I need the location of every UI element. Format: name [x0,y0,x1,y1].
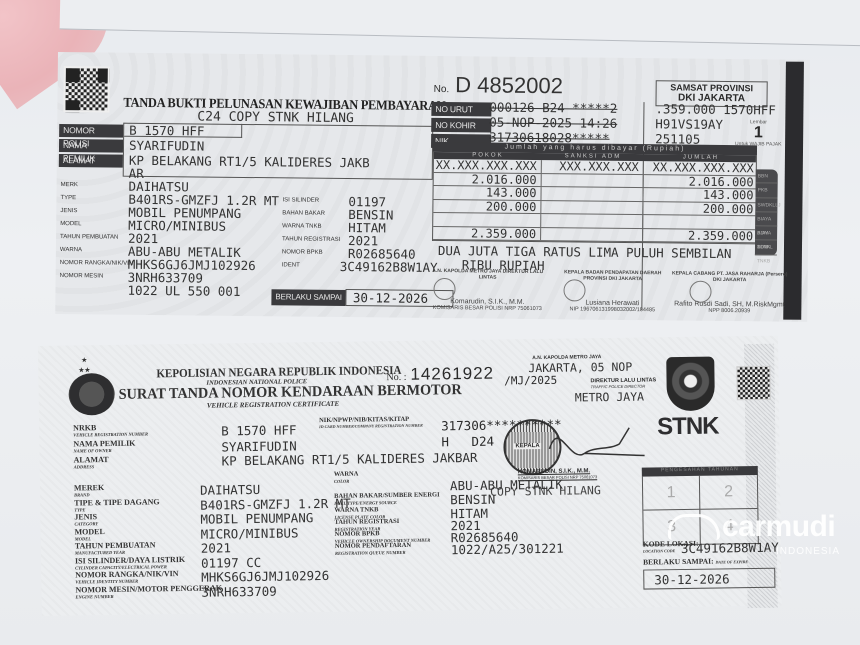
payment-cell: 143.000 [643,188,757,202]
payment-cell [643,215,757,229]
payment-cell: 2.016.000 [644,175,758,189]
payment-cell: 143.000 [433,186,541,200]
metro-jaya: METRO JAYA [575,390,644,405]
side-label: TOTAL [755,241,777,256]
stnk-logo-text: STNK [657,413,719,442]
field-value: 1022/A25/301221 [451,541,564,558]
police-emblem-icon [68,373,115,416]
label-nomor-polisi: NOMOR POLISI [59,124,123,138]
nik-label: NIK/NPWP/NIB/KITAS/KITAPID CARD NUMBER/C… [319,416,423,429]
payment-cell: 2.359.000 [433,226,541,240]
nik-value: 317306********** [441,417,562,434]
no-urut-right: .359.000 1570HFF [649,101,776,117]
label-no-urut: NO URUT [431,102,491,117]
payment-table: Jumlah yang harus dibayar (Rupiah) POKOK… [432,142,779,245]
field-value: B401RS-GMZFJ 1.2R MT [200,495,351,512]
place-date-value: JAKARTA, 05 NOP [528,360,632,375]
spec-label: MODEL [60,221,130,228]
field-label: NOMOR RANGKA/NIK/VINVEHICLE IDENTITY NUM… [75,569,179,584]
payment-receipt: TANDA BUKTI PELUNASAN KEWAJIBAN PEMBAYAR… [55,52,810,322]
side-label: PKB [756,184,778,199]
field-value: DAIHATSU [200,482,260,498]
stamp-icon [563,279,585,301]
watermark-sub: INDONESIA [776,546,840,557]
payment-cell [541,214,643,228]
field-value: 01197 CC [201,554,261,570]
director-title: DIREKTUR LALU LINTAS TRAFFIC POLICE DIRE… [591,377,657,389]
side-label: BIAYA ADM STNK [755,212,777,227]
value-nama-pemilik: SYARIFUDIN [129,138,204,154]
field-label: TIPE & TIPE DAGANGTYPE [74,497,160,512]
signature-nip: KOMISARIS BESAR POLISI NRP 75061073 [427,305,547,312]
field-label: MEREKBRAND [74,483,104,497]
side-label: BBN [756,169,778,184]
field-value: ABU-ABU METALIK [450,477,563,494]
car-icon [668,514,720,540]
stnk-logo: STNK [654,352,725,441]
qr-code-icon [736,366,770,400]
shield-icon [666,357,715,412]
endorsement-cell-1: 1 [643,476,700,511]
stamp-text: KEPALA [513,443,541,449]
field-label: ALAMATADDRESS [74,455,109,469]
field-label: WARNACOLOR [334,470,359,484]
payment-row: 2.359.0002.359.000 [433,226,755,243]
payment-cell [542,174,644,188]
spec-label: BAHAN BAKAR [282,210,346,217]
value-alamat-1: KP BELAKANG RT1/5 KALIDERES JAKB [129,153,370,171]
spec-label: JENIS [60,208,130,215]
side-label: BIAYA ADM TNKB [755,226,777,241]
label-no-kohir: NO KOHIR [431,118,491,133]
spec-label: NOMOR MESIN [60,273,130,280]
payment-cell [541,228,643,242]
no-kohir-left: 05-NOP-2025 14:26 [489,115,649,132]
receipt-number-value: D 4852002 [455,72,563,99]
expiry-value: 30-12-2026 [643,568,775,590]
expiry-label: BERLAKU SAMPAI: DATE OF EXPIRE [643,556,748,566]
signature-title: KEPALA CABANG PT. JASA RAHARJA (Persero)… [672,270,788,283]
stamp-icon [689,281,711,303]
identity-labels: NOMOR POLISI NAMA PEMILIK ALAMAT [59,124,123,170]
hd-value: H D24 [441,434,494,450]
qr-code-icon [63,66,109,112]
spec-label: NOMOR BPKB [282,249,346,256]
field-value: MICRO/MINIBUS [201,525,299,541]
field-value: 2021 [201,540,231,555]
signature-nip: NIP 196706131998032002/184485 [557,306,667,313]
spec-label: TAHUN PEMBUATAN [60,234,130,241]
no-kohir-right: H91VS19AY [649,116,723,132]
payment-cell: 2.359.000 [643,229,757,243]
certificate-number-suffix: /MJ/2025 [504,374,557,388]
payment-cell: 200.000 [643,202,757,216]
field-value: B 1570 HFF [221,422,296,438]
certificate-title-en: VEHICLE REGISTRATION CERTIFICATE [207,400,339,410]
spec-label: MERK [61,182,131,189]
payment-cell: 2.016.000 [434,172,542,186]
issue-place-date: A.N. KAPOLDA METRO JAYA JAKARTA, 05 NOP [528,360,632,375]
kohir-values: 000126 B24 *****2.359.000 1570HFF 05-NOP… [489,100,776,148]
payment-cell [541,201,643,215]
payment-grid: POKOK SANKSI ADM JUMLAH XX.XXX.XXX.XXXXX… [432,152,757,244]
spec-label: TAHUN REGISTRASI [282,236,346,243]
payment-cell: XXX.XXX.XXX [542,160,644,174]
an-kapolda: A.N. KAPOLDA METRO JAYA [532,354,601,361]
field-label: TAHUN PEMBUATANMANUFACTURED YEAR [75,540,156,555]
signatures: A.N. KAPOLDA METRO JAYA DIREKTUR LALU LI… [427,268,787,316]
director-title-en: TRAFFIC POLICE DIRECTOR [591,383,657,389]
payment-cell [541,187,643,201]
field-label: NAMA PEMILIKNAME OF OWNER [73,439,135,454]
vehicle-registration-certificate: ★ ★★ KEPOLISIAN NEGARA REPUBLIK INDONESI… [38,336,782,616]
spec-label: TYPE [60,195,130,202]
label-nama-pemilik: NAMA PEMILIK [59,139,123,153]
spec-label [60,286,130,287]
receipt-number: No. D 4852002 [434,72,563,99]
payment-cell: 200.000 [433,199,541,213]
side-label: SWDKLLJ [755,198,777,213]
carmudi-watermark: carmudi INDONESIA [668,512,835,542]
payment-cell: XX.XXX.XXX.XXX [434,159,542,173]
field-label: BAHAN BAKAR/SUMBER ENERGIFUEL TYPE/ENERG… [334,490,440,505]
field-label: NOMOR PENDAFTARANREGISTRATION QUEUE NUMB… [335,541,411,556]
no-urut-left: 000126 B24 *****2 [489,100,649,117]
spec-label: WARNA [60,247,130,254]
field-label: JENISCATEGORY [74,512,98,526]
payment-cell [433,213,541,227]
value-nomor-polisi: B 1570 HFF [129,123,204,139]
signature-nip: NPP 8006.20939 [671,307,787,314]
receipt-number-label: No. [434,84,450,95]
certificate-number-label: No. : [386,372,406,383]
field-label: NOMOR MESIN/MOTOR PENGGERAKENGINE NUMBER [75,583,222,599]
spec-label: ISI SILINDER [282,197,346,204]
field-value: 3NRH633709 [201,583,276,599]
field-label: ISI SILINDER/DAYA LISTRIKCYLINDER CAPACI… [75,554,185,570]
spec-value: 3C49162B8W1AY [340,259,438,275]
spec-label: WARNA TNKB [282,223,346,230]
valid-until-label: BERLAKU SAMPAI [271,289,346,306]
stamp-icon [433,278,455,300]
background-paper [60,0,860,47]
samsat-line1: SAMSAT PROVINSI [657,82,767,93]
label-alamat: ALAMAT [59,154,123,168]
spec-label: NOMOR RANGKA/NIK/VIN [60,260,130,267]
payment-cell: XX.XXX.XXX.XXX [644,161,758,175]
field-value: BENSIN [450,492,495,508]
field-label: NRKBVEHICLE REGISTRATION NUMBER [73,422,148,437]
watermark-brand: carmudi [722,512,835,542]
payment-side-labels: BBN PKB SWDKLLJ BIAYA ADM STNK BIAYA ADM… [755,169,778,255]
spec-value: 1022 UL 550 001 [127,283,240,299]
spec-label: IDENT [282,262,346,269]
field-value: KP BELAKANG RT1/5 KALIDERES JAKBAR [222,450,478,469]
certificate-number-value: 14261922 [410,364,494,385]
endorsement-cell-2: 2 [700,475,757,510]
field-label: MODELMODEL [75,527,105,541]
